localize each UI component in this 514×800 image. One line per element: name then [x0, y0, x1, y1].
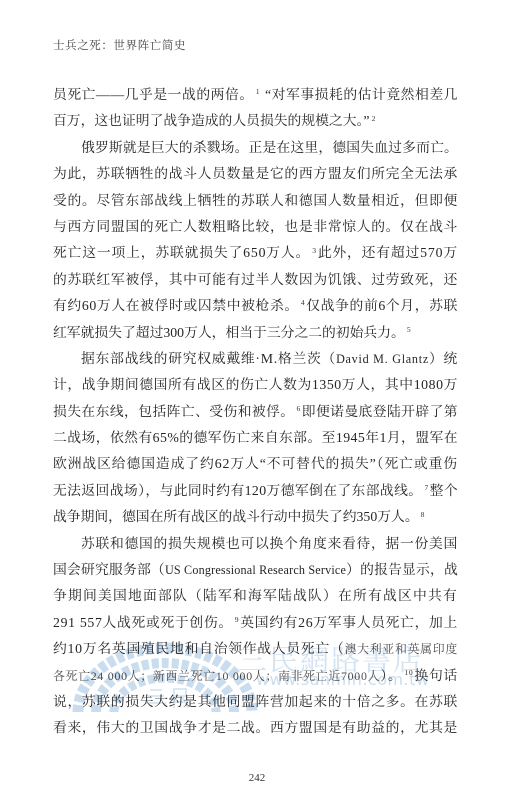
- line-text: 约10万名英国殖民地和自治领作战人员死亡（: [53, 641, 345, 656]
- line-text: 员死亡——几乎是一战的两倍。: [53, 87, 254, 102]
- line-text: 欧洲战区给德国造成了约62万人“不可替代的损失”（死亡或重伤: [53, 456, 458, 471]
- text-line: 红军就损失了超过300万人，相当于三分之二的初始兵力。5: [53, 320, 458, 346]
- line-text: 即便诺曼底登陆开辟了第: [302, 404, 458, 419]
- line-text: 损失在东线，包括阵亡、受伤和被俘。: [53, 404, 295, 419]
- text-line: 据东部战线的研究权威戴维·M.格兰茨（David M. Glantz）统: [53, 346, 458, 372]
- line-text: ）。: [380, 668, 402, 683]
- text-line: 苏联和德国的损失规模也可以换个角度来看待，据一份美国: [53, 531, 458, 557]
- footnote-ref[interactable]: 8: [421, 510, 425, 519]
- text-line: 二战场，依然有65%的德军伤亡来自东部。至1945年1月，盟军在: [53, 425, 458, 451]
- line-text: 死亡这一项上，苏联就损失了650万人。: [53, 245, 310, 260]
- line-text: 争期间美国地面部队（陆军和海军陆战队）在所有战区中共有: [53, 588, 458, 603]
- footnote-ref[interactable]: 5: [407, 325, 411, 334]
- text-line: 291 557人战死或死于创伤。9英国约有26万军事人员死亡，加上: [53, 610, 458, 636]
- text-line: 计，战争期间德国所有战区的伤亡人数为1350万人，其中1080万: [53, 372, 458, 398]
- text-line: 的苏联红军被俘，其中可能有过半人数因为饥饿、过劳致死，还: [53, 267, 458, 293]
- line-text: 国会研究服务部（: [53, 562, 165, 577]
- line-text: 计，战争期间德国所有战区的伤亡人数为1350万人，其中1080万: [53, 377, 458, 392]
- text-line: 无法返回战场），与此同时约有120万德军倒在了东部战线。7整个: [53, 478, 458, 504]
- text-line: 受的。尽管东部战线上牺牲的苏联人和德国人数量相近，但即便: [53, 188, 458, 214]
- text-line: 各死亡24 000人；新西兰死亡10 000人；南非死亡近7000人）。10换句…: [53, 663, 458, 689]
- line-text: 苏联和德国的损失规模也可以换个角度来看待，据一份美国: [81, 536, 458, 551]
- line-text: 的苏联红军被俘，其中可能有过半人数因为饥饿、过劳致死，还: [53, 272, 458, 287]
- paragraph: 据东部战线的研究权威戴维·M.格兰茨（David M. Glantz）统 计，战…: [53, 346, 458, 531]
- footnote-ref[interactable]: 3: [312, 246, 317, 255]
- line-text: 291 557人战死或死于创伤。: [53, 615, 233, 630]
- text-line: 战争期间，德国在所有战区的战斗行动中损失了约350万人。8: [53, 504, 458, 530]
- footnote-ref[interactable]: 6: [297, 404, 301, 413]
- line-text: 有约60万人在被俘时或囚禁中被枪杀。: [53, 298, 299, 313]
- footnote-ref[interactable]: 7: [424, 483, 428, 492]
- page-number: 242: [0, 772, 514, 784]
- text-line: 损失在东线，包括阵亡、受伤和被俘。6即便诺曼底登陆开辟了第: [53, 399, 458, 425]
- latin-name: US Congressional Research Service: [165, 563, 346, 577]
- text-line: 员死亡——几乎是一战的两倍。1 “对军事损耗的估计竟然相差几: [53, 82, 458, 108]
- running-head-title: 士兵之死：世界阵亡简史: [53, 38, 186, 54]
- line-text: 仅战争的前6个月，苏联: [306, 298, 458, 313]
- parenthetical-note: 澳大利亚和英属印度: [345, 642, 458, 656]
- text-line: 看来，伟大的卫国战争才是二战。西方盟国是有助益的，尤其是: [53, 715, 458, 741]
- body-text: 员死亡——几乎是一战的两倍。1 “对军事损耗的估计竟然相差几 百万，这也证明了战…: [53, 82, 458, 742]
- line-text: 看来，伟大的卫国战争才是二战。西方盟国是有助益的，尤其是: [53, 720, 458, 735]
- line-text: 战争期间，德国在所有战区的战斗行动中损失了约350万人。: [53, 509, 419, 524]
- text-line: 为此，苏联牺牲的战斗人员数量是它的西方盟友们所完全无法承: [53, 161, 458, 187]
- line-text: 英国约有26万军事人员死亡，加上: [240, 615, 458, 630]
- line-text: 据东部战线的研究权威戴维·M.格兰茨（: [81, 351, 336, 366]
- text-line: 死亡这一项上，苏联就损失了650万人。3此外，还有超过570万: [53, 240, 458, 266]
- line-text: 与西方同盟国的死亡人数粗略比较，也是非常惊人的。仅在战斗: [53, 219, 458, 234]
- text-line: 欧洲战区给德国造成了约62万人“不可替代的损失”（死亡或重伤: [53, 451, 458, 477]
- text-line: 有约60万人在被俘时或囚禁中被枪杀。4仅战争的前6个月，苏联: [53, 293, 458, 319]
- line-text: 说，苏联的损失大约是其他同盟阵营加起来的十倍之多。在苏联: [53, 694, 458, 709]
- footnote-ref[interactable]: 10: [404, 668, 413, 677]
- text-line: 与西方同盟国的死亡人数粗略比较，也是非常惊人的。仅在战斗: [53, 214, 458, 240]
- text-line: 国会研究服务部（US Congressional Research Servic…: [53, 557, 458, 583]
- text-line: 说，苏联的损失大约是其他同盟阵营加起来的十倍之多。在苏联: [53, 689, 458, 715]
- parenthetical-note: 各死亡24 000人；新西兰死亡10 000人；南非死亡近7000人: [53, 669, 380, 683]
- text-line: 约10万名英国殖民地和自治领作战人员死亡（澳大利亚和英属印度: [53, 636, 458, 662]
- footnote-ref[interactable]: 2: [372, 114, 376, 123]
- line-text: 二战场，依然有65%的德军伤亡来自东部。至1945年1月，盟军在: [53, 430, 458, 445]
- line-text: 俄罗斯就是巨大的杀戮场。正是在这里，德国失血过多而亡。: [81, 140, 458, 155]
- line-text: 受的。尽管东部战线上牺牲的苏联人和德国人数量相近，但即便: [53, 193, 458, 208]
- paragraph: 苏联和德国的损失规模也可以换个角度来看待，据一份美国 国会研究服务部（US Co…: [53, 531, 458, 742]
- line-text: 为此，苏联牺牲的战斗人员数量是它的西方盟友们所完全无法承: [53, 166, 458, 181]
- line-text: 无法返回战场），与此同时约有120万德军倒在了东部战线。: [53, 483, 422, 498]
- line-text: ）的报告显示，战: [346, 562, 458, 577]
- line-text: 此外，还有超过570万: [318, 245, 458, 260]
- line-text: “对军事损耗的估计竟然相差几: [261, 87, 458, 102]
- text-line: 俄罗斯就是巨大的杀戮场。正是在这里，德国失血过多而亡。: [53, 135, 458, 161]
- line-text: 整个: [430, 483, 458, 498]
- footnote-ref[interactable]: 1: [256, 87, 260, 96]
- line-text: 百万，这也证明了战争造成的人员损失的规模之大。”: [53, 113, 370, 128]
- line-text: 换句话: [414, 668, 458, 683]
- text-line: 百万，这也证明了战争造成的人员损失的规模之大。”2: [53, 108, 458, 134]
- line-text: ）统: [429, 351, 458, 366]
- text-line: 争期间美国地面部队（陆军和海军陆战队）在所有战区中共有: [53, 583, 458, 609]
- latin-name: David M. Glantz: [336, 352, 429, 366]
- paragraph: 员死亡——几乎是一战的两倍。1 “对军事损耗的估计竟然相差几 百万，这也证明了战…: [53, 82, 458, 135]
- footnote-ref[interactable]: 9: [235, 615, 239, 624]
- paragraph: 俄罗斯就是巨大的杀戮场。正是在这里，德国失血过多而亡。 为此，苏联牺牲的战斗人员…: [53, 135, 458, 346]
- footnote-ref[interactable]: 4: [301, 298, 305, 307]
- line-text: 红军就损失了超过300万人，相当于三分之二的初始兵力。: [53, 325, 405, 340]
